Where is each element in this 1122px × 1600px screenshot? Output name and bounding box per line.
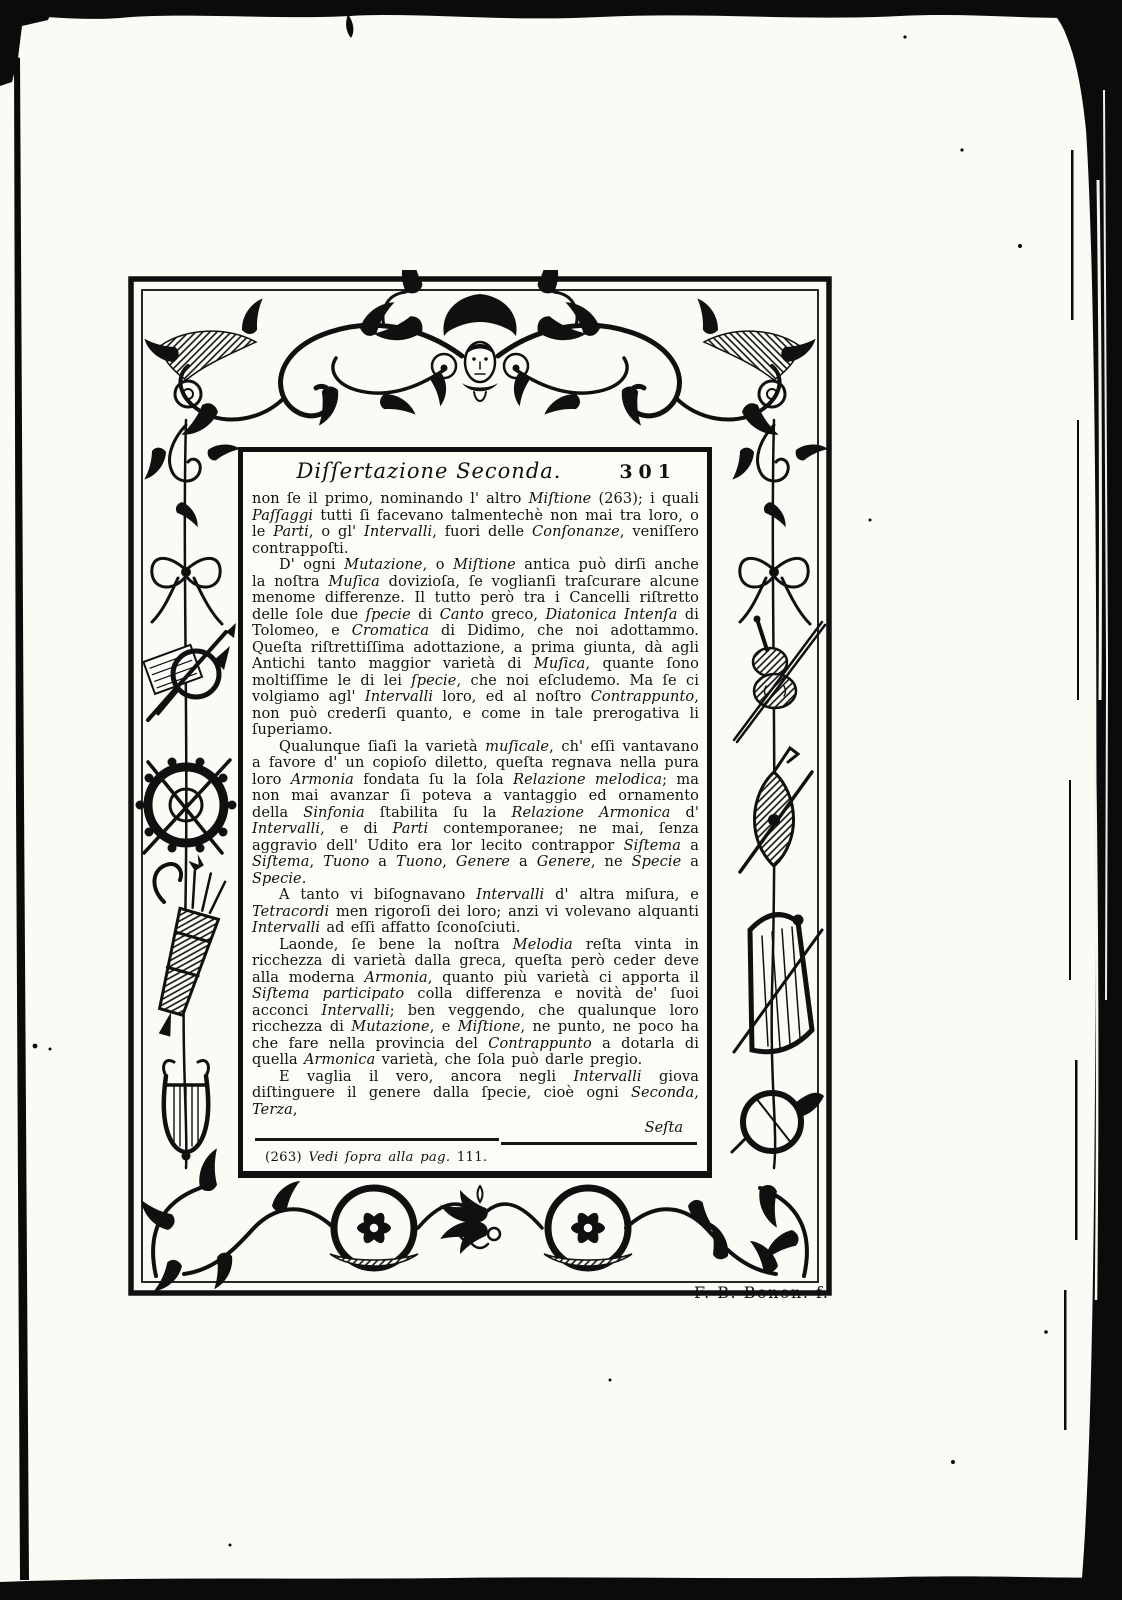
paragraph: A tanto vi biſognavano Intervalli d' alt… xyxy=(252,887,699,937)
scanned-book-page: Diſſertazione Seconda. 301 non ſe il pri… xyxy=(0,0,1122,1600)
page-header: Diſſertazione Seconda. 301 xyxy=(243,459,707,489)
left-trophy-ornament xyxy=(134,420,241,1168)
foliage-scroll-icon xyxy=(722,425,829,530)
crook-handle-icon xyxy=(154,864,181,902)
body-paragraphs: non ſe il primo, nominando l' altro Miſt… xyxy=(252,491,699,1137)
foliage-scroll-icon xyxy=(134,425,241,530)
paragraph: Laonde, ſe bene la noſtra Melodia reſta … xyxy=(252,937,699,1069)
page-number: 301 xyxy=(619,461,677,483)
harp-icon xyxy=(734,915,822,1053)
palmette-icon xyxy=(418,1186,542,1258)
footnote-rule xyxy=(255,1138,499,1141)
lute-icon xyxy=(740,748,812,872)
paragraph: non ſe il primo, nominando l' altro Miſt… xyxy=(252,491,699,557)
right-trophy-ornament xyxy=(722,420,829,1168)
engraved-border-frame: Diſſertazione Seconda. 301 non ſe il pri… xyxy=(122,270,838,1302)
running-title: Diſſertazione Seconda. xyxy=(243,459,615,483)
ribbon-bow-icon xyxy=(740,558,810,624)
paragraph: E vaglia il vero, ancora negli Intervall… xyxy=(252,1069,699,1119)
lyre-icon xyxy=(164,1060,209,1160)
rosette-wreath-icon xyxy=(334,1188,414,1268)
footnote-text: (263) Vedi ſopra alla pag. 111. xyxy=(265,1150,487,1165)
hunting-horn-icon xyxy=(732,1093,824,1152)
paragraph: D' ogni Mutazione, o Miſtione antica può… xyxy=(252,557,699,739)
text-panel: Diſſertazione Seconda. 301 non ſe il pri… xyxy=(238,447,712,1178)
ribbon-bow-icon xyxy=(152,558,222,624)
top-ornament xyxy=(144,270,817,436)
footnote-rule xyxy=(501,1142,697,1145)
catchword: Seſta xyxy=(252,1120,699,1137)
engraver-signature: F. B. Bonon. f. xyxy=(694,1283,864,1302)
paragraph: Qualunque ſiaſi la varietà muſicale, ch'… xyxy=(252,739,699,888)
rosette-wreath-icon xyxy=(548,1188,628,1268)
